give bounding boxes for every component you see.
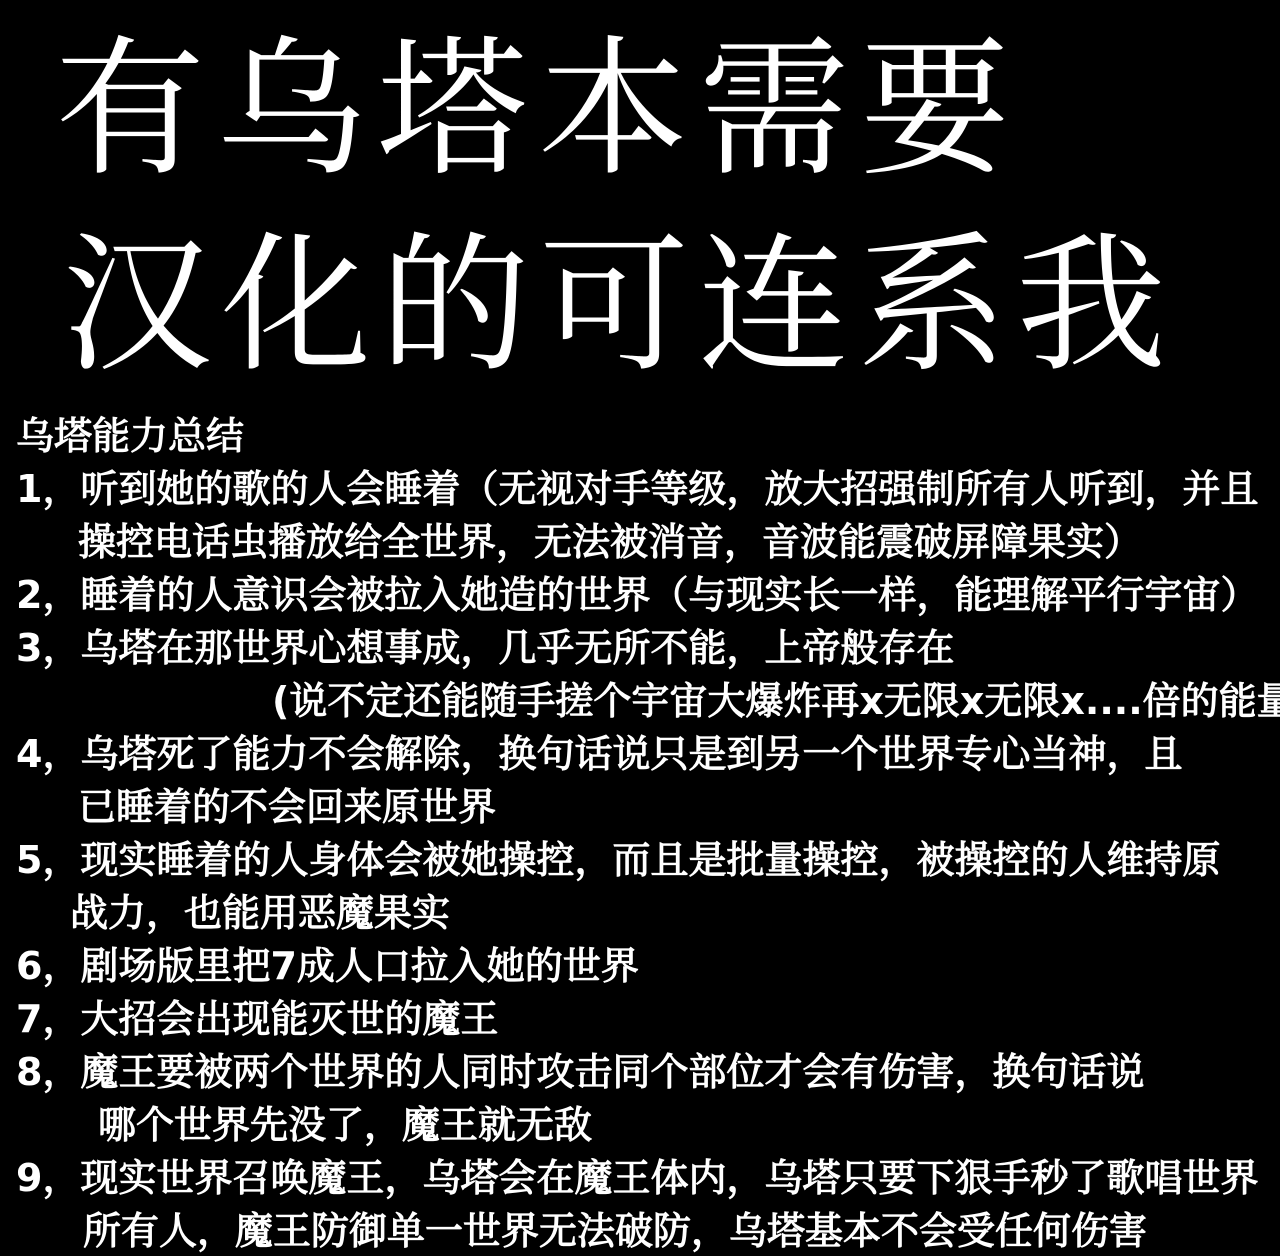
summary-line-6: 6，剧场版里把7成人口拉入她的世界 bbox=[0, 940, 1280, 993]
summary-heading: 乌塔能力总结 bbox=[0, 410, 1280, 463]
summary-line-4: 4，乌塔死了能力不会解除，换句话说只是到另一个世界专心当神，且 bbox=[0, 728, 1280, 781]
summary-line-5b: 战力，也能用恶魔果实 bbox=[0, 887, 1280, 940]
title-line-1: 有乌塔本需要 bbox=[0, 12, 1280, 208]
summary-line-7: 7，大招会出现能灭世的魔王 bbox=[0, 993, 1280, 1046]
summary-line-9b: 所有人，魔王防御单一世界无法破防，乌塔基本不会受任何伤害 bbox=[0, 1205, 1280, 1256]
summary-line-4b: 已睡着的不会回来原世界 bbox=[0, 781, 1280, 834]
poster: 有乌塔本需要 汉化的可连系我 乌塔能力总结 1，听到她的歌的人会睡着（无视对手等… bbox=[0, 0, 1280, 1256]
summary-line-8: 8，魔王要被两个世界的人同时攻击同个部位才会有伤害，换句话说 bbox=[0, 1046, 1280, 1099]
summary-line-5: 5，现实睡着的人身体会被她操控，而且是批量操控，被操控的人维持原 bbox=[0, 834, 1280, 887]
poster-title: 有乌塔本需要 汉化的可连系我 bbox=[0, 0, 1280, 404]
title-line-2: 汉化的可连系我 bbox=[0, 208, 1280, 404]
summary-line-1: 1，听到她的歌的人会睡着（无视对手等级，放大招强制所有人听到，并且 bbox=[0, 463, 1280, 516]
summary-line-8b: 哪个世界先没了，魔王就无敌 bbox=[0, 1099, 1280, 1152]
summary-line-3: 3，乌塔在那世界心想事成，几乎无所不能，上帝般存在 bbox=[0, 622, 1280, 675]
summary-line-3b: (说不定还能随手搓个宇宙大爆炸再x无限x无限x....倍的能量) bbox=[0, 675, 1280, 728]
ability-summary: 乌塔能力总结 1，听到她的歌的人会睡着（无视对手等级，放大招强制所有人听到，并且… bbox=[0, 410, 1280, 1256]
summary-line-9: 9，现实世界召唤魔王，乌塔会在魔王体内，乌塔只要下狠手秒了歌唱世界 bbox=[0, 1152, 1280, 1205]
summary-line-1b: 操控电话虫播放给全世界，无法被消音，音波能震破屏障果实） bbox=[0, 516, 1280, 569]
summary-line-2: 2，睡着的人意识会被拉入她造的世界（与现实长一样，能理解平行宇宙） bbox=[0, 569, 1280, 622]
